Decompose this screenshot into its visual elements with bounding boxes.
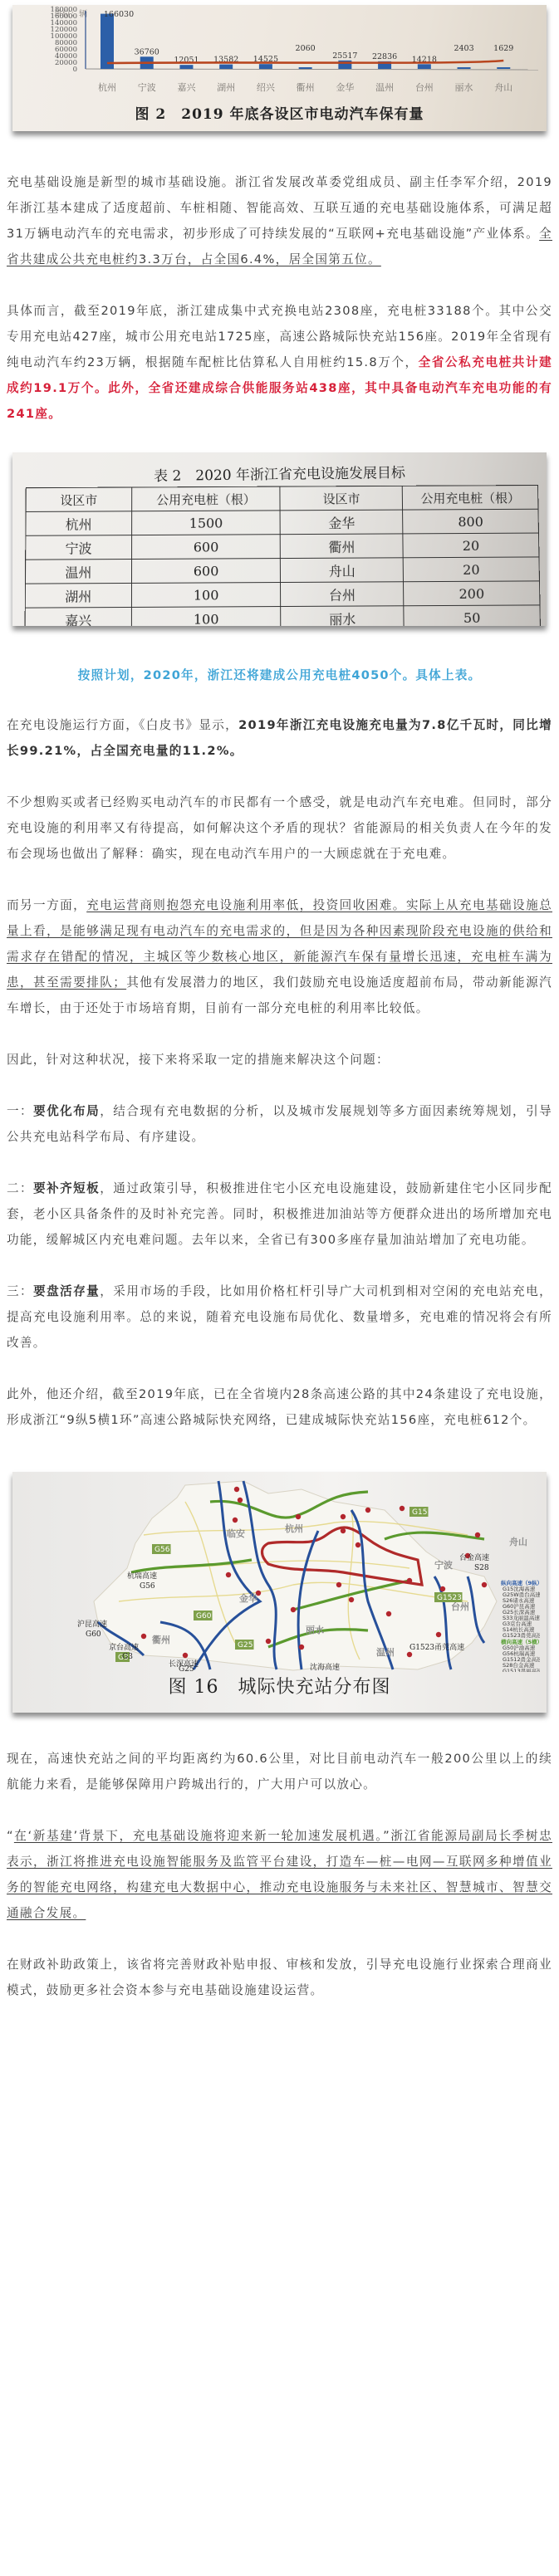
bar [299, 67, 312, 69]
highway-name-label: 台金高速 [459, 1552, 489, 1562]
piles-cell: 20 [403, 557, 539, 582]
paragraph-measures-intro: 因此，针对这种状况，接下来将采取一定的措施来解决这个问题： [0, 1047, 559, 1073]
piles-cell: 200 [404, 581, 540, 606]
service-area-dot [296, 1514, 301, 1519]
table-row: 杭州1500金华800 [26, 509, 539, 535]
paragraph-intro: 充电基础设施是新型的城市基础设施。浙江省发展改革委党组成员、副主任李军介绍，20… [0, 169, 559, 272]
paragraph-difficulty: 不少想购买或者已经购买电动汽车的市民都有一个感受，就是电动汽车充电难。但同时，部… [0, 789, 559, 867]
service-area-dot [349, 1597, 354, 1602]
paragraph-operators: 而另一方面，充电运营商则抱怨充电设施利用率低，投资回收困难。实际上从充电基础设施… [0, 892, 559, 1021]
highway-name-label: G1523甬莞高速 [409, 1642, 464, 1652]
service-area-dot [482, 1582, 487, 1587]
measure-2-prefix: 二： [7, 1181, 33, 1195]
svg-text:G56: G56 [154, 1546, 170, 1554]
city-label: 衢州 [152, 1634, 170, 1645]
chart-caption: 图 2 2019 年底各设区市电动汽车保有量 [12, 102, 547, 123]
charging-volume-text: 在充电设施运行方面，《白皮书》显示， [7, 718, 238, 732]
table-title: 表 2 2020 年浙江省充电设施发展目标 [12, 459, 547, 487]
service-area-dot [291, 1607, 296, 1612]
value-label: 25517 [332, 51, 357, 61]
city-cell: 温州 [25, 559, 131, 584]
piles-cell: 100 [131, 583, 281, 608]
category-label: 温州 [375, 82, 394, 93]
piles-cell: 800 [403, 509, 539, 534]
highway-name-label: 京台高速 [109, 1642, 139, 1652]
service-area-dot [341, 1514, 346, 1519]
city-cell: 金华 [281, 510, 404, 535]
bar [101, 14, 114, 69]
measure-3: 三：要盘活存量，采用市场的手段，比如用价格杠杆引导广大司机到相对空闲的充电站充电… [0, 1278, 559, 1356]
service-area-dot [475, 1532, 480, 1537]
piles-cell: 1500 [131, 511, 280, 535]
service-area-dot [407, 1578, 412, 1583]
service-area-dot [233, 1518, 238, 1523]
service-area-dot [299, 1645, 304, 1650]
bar [458, 67, 471, 69]
article: 单位：辆180000160000140000120000100000800006… [0, 5, 559, 2003]
value-label: 1629 [493, 44, 513, 53]
highway-name-label: 沪昆高速 [77, 1619, 107, 1629]
measure-1-prefix: 一： [7, 1104, 33, 1118]
highway-shield: G15 [409, 1507, 429, 1517]
table-row: 嘉兴100丽水50 [25, 605, 540, 626]
header-city-1: 设区市 [26, 487, 131, 511]
measure-1-title: 要优化布局 [33, 1104, 100, 1118]
category-label: 台州 [415, 82, 434, 93]
measure-2: 二：要补齐短板，通过政策引导，积极推进住宅小区充电设施建设，鼓励新建住宅小区同步… [0, 1176, 559, 1253]
service-area-dot [386, 1611, 391, 1616]
highway-name-label: 杭瑞高速 [127, 1571, 157, 1581]
table-row: 湖州100台州200 [25, 581, 540, 608]
city-cell: 湖州 [25, 583, 131, 608]
service-area-dot [141, 1634, 146, 1639]
city-label: 台州 [451, 1601, 469, 1612]
y-tick-label: 0 [73, 66, 77, 74]
service-area-dot [356, 1542, 360, 1547]
legend-item: G1513温丽高速 [503, 1667, 540, 1672]
measure-1: 一：要优化布局，结合现有充电数据的分析，以及城市发展规划等多方面因素统筹规划，引… [0, 1098, 559, 1150]
highway-shield: G56 [152, 1544, 171, 1554]
piles-cell: 20 [403, 533, 539, 558]
category-label: 杭州 [98, 81, 116, 93]
bar [219, 65, 233, 69]
service-area-dot [400, 1506, 405, 1511]
highway-shield: G1523 [434, 1592, 463, 1602]
city-label: 临安 [227, 1528, 245, 1539]
service-area-dot [407, 1652, 412, 1657]
city-cell: 衢州 [281, 534, 404, 559]
svg-text:G1523: G1523 [437, 1594, 462, 1602]
city-label: 宁波 [434, 1559, 453, 1571]
paragraph-charging-volume: 在充电设施运行方面，《白皮书》显示，2019年浙江充电设施充电量为7.8亿千瓦时… [0, 712, 559, 764]
city-label: 杭州 [285, 1523, 303, 1534]
city-cell: 嘉兴 [25, 607, 131, 626]
highway-name-label: 沈海高速 [310, 1662, 340, 1672]
city-cell: 宁波 [26, 535, 132, 560]
bar [418, 64, 431, 69]
value-label: 166030 [104, 10, 134, 19]
zhejiang-highway-map: 杭州临安舟山台州丽水衢州金华宁波温州 G56G15G60G3G25G1523 杭… [19, 1477, 540, 1672]
svg-text:G15: G15 [412, 1508, 427, 1517]
map-caption: 图 16 城际快充站分布图 [12, 1673, 547, 1699]
header-piles-1: 公用充电桩（根） [131, 486, 280, 511]
measure-2-title: 要补齐短板 [33, 1181, 100, 1195]
city-cell: 台州 [281, 582, 404, 607]
piles-cell: 600 [131, 535, 281, 560]
paragraph-subsidy: 在财政补助政策上，该省将完善财政补贴申报、审核和发放，引导充电设施行业探索合理商… [0, 1952, 559, 2003]
operators-lead: 而另一方面， [7, 898, 86, 912]
city-label: 舟山 [509, 1536, 527, 1547]
ev-ownership-chart-figure: 单位：辆180000160000140000120000100000800006… [12, 5, 547, 131]
service-area-dot [234, 1487, 239, 1492]
piles-cell: 600 [131, 559, 281, 584]
service-area-dot [436, 1632, 441, 1637]
highway-shield: G60 [194, 1611, 213, 1620]
service-area-dot [266, 1639, 271, 1644]
targets-table-figure: 表 2 2020 年浙江省充电设施发展目标 设区市 公用充电桩（根） 设区市 公… [12, 452, 547, 626]
paragraph-new-infrastructure: “在‘新基建’背景下，充电基础设施将迎来新一轮加速发展机遇。”浙江省能源局副局长… [0, 1823, 559, 1926]
fast-charge-map-figure: 杭州临安舟山台州丽水衢州金华宁波温州 G56G15G60G3G25G1523 杭… [12, 1472, 547, 1713]
svg-text:G25: G25 [238, 1641, 253, 1650]
service-area-dot [440, 1586, 445, 1591]
piles-cell: 100 [131, 607, 281, 626]
category-label: 宁波 [138, 81, 156, 93]
service-area-dot [226, 1572, 231, 1577]
city-cell: 舟山 [281, 558, 404, 583]
highway-name-label: S28 [474, 1564, 489, 1572]
table-header-row: 设区市 公用充电桩（根） 设区市 公用充电桩（根） [26, 485, 538, 511]
header-city-2: 设区市 [280, 486, 402, 511]
svg-text:G60: G60 [196, 1612, 212, 1620]
table-row: 温州600舟山20 [25, 557, 539, 584]
city-cell: 丽水 [281, 606, 404, 626]
category-label: 绍兴 [257, 82, 276, 93]
city-label: 金华 [239, 1592, 257, 1604]
service-area-dot [238, 1498, 243, 1503]
service-area-dot [365, 1508, 370, 1513]
city-cell: 杭州 [26, 511, 132, 535]
x-axis [86, 69, 538, 70]
table-note: 按照计划，2020年，浙江还将建成公用充电桩4050个。具体上表。 [0, 662, 559, 688]
new-infrastructure-underlined: 在‘新基建’背景下，充电基础设施将迎来新一轮加速发展机遇。”浙江省能源局副局长季… [7, 1829, 552, 1920]
category-label: 金华 [336, 81, 354, 93]
service-area-dot [336, 1582, 341, 1587]
service-area-dot [183, 1653, 188, 1658]
value-label: 22836 [372, 52, 397, 61]
paragraph-highways: 此外，他还介绍，截至2019年底，已在全省境内28条高速公路的其中24条建设了充… [0, 1381, 559, 1433]
category-label: 衢州 [297, 82, 315, 93]
legend-item: G1523甬莞高速 [503, 1631, 540, 1639]
category-label: 嘉兴 [177, 81, 196, 93]
piles-cell: 50 [404, 605, 540, 626]
quote-open: “ [7, 1829, 14, 1843]
value-label: 2403 [454, 44, 473, 53]
paragraph-distance: 现在，高速快充站之间的平均距离约为60.6公里，对比目前电动汽车一般200公里以… [0, 1746, 559, 1797]
highway-name-label: G56 [140, 1582, 155, 1591]
city-label: 温州 [376, 1646, 395, 1658]
targets-table: 设区市 公用充电桩（根） 设区市 公用充电桩（根） 杭州1500金华800宁波6… [24, 485, 542, 626]
category-label: 湖州 [217, 81, 235, 93]
header-piles-2: 公用充电桩（根） [402, 485, 538, 510]
highway-shield: G25 [235, 1640, 254, 1650]
value-label: 2060 [296, 44, 316, 53]
category-label: 舟山 [494, 82, 512, 93]
bar [179, 65, 193, 69]
city-label: 丽水 [306, 1624, 324, 1635]
average-line [107, 61, 503, 63]
highway-name-label: G60 [86, 1630, 101, 1639]
highway-name-label: G25 [179, 1665, 194, 1672]
category-label: 丽水 [455, 81, 473, 93]
measure-3-title: 要盘活存量 [33, 1284, 100, 1298]
table-row: 宁波600衢州20 [26, 533, 539, 560]
bar [497, 67, 510, 69]
bar [259, 64, 272, 69]
paragraph-stats: 具体而言，截至2019年底，浙江建成集中式充换电站2308座，充电桩33188个… [0, 298, 559, 427]
highway-name-label: G3 [122, 1653, 133, 1661]
measure-3-prefix: 三： [7, 1284, 33, 1298]
value-label: 36760 [135, 47, 159, 56]
service-area-dot [341, 1528, 346, 1533]
intro-text: 充电基础设施是新型的城市基础设施。浙江省发展改革委党组成员、副主任李军介绍，20… [7, 175, 552, 241]
